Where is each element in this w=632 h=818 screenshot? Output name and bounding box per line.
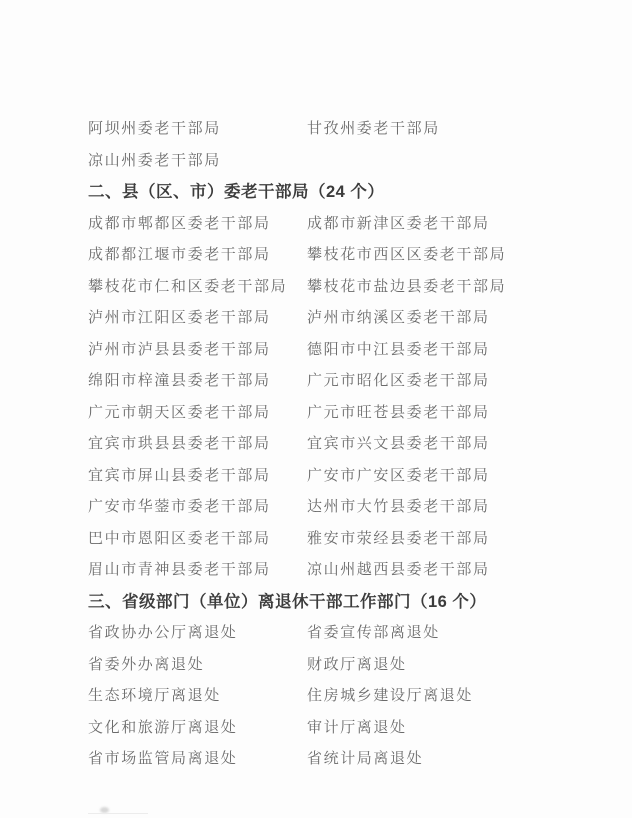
- entry-cell-right: 财政厅离退处: [307, 650, 592, 682]
- entry-cell-left: 成都市郫都区委老干部局: [88, 209, 307, 241]
- entry-cell-right: 广元市旺苍县委老干部局: [307, 398, 592, 430]
- entry-row: 宜宾市屏山县委老干部局广安市广安区委老干部局: [88, 461, 592, 493]
- entry-row: 阿坝州委老干部局甘孜州委老干部局: [88, 114, 592, 146]
- entry-cell-left: 泸州市江阳区委老干部局: [88, 303, 307, 335]
- entry-row: 成都都江堰市委老干部局攀枝花市西区区委老干部局: [88, 240, 592, 272]
- entry-cell-left: 省市场监管局离退处: [88, 744, 307, 776]
- entry-cell-right: [307, 146, 592, 178]
- entry-cell-right: 广元市昭化区委老干部局: [307, 366, 592, 398]
- entry-cell-right: 雅安市荥经县委老干部局: [307, 524, 592, 556]
- entry-cell-right: 住房城乡建设厅离退处: [307, 681, 592, 713]
- entry-cell-left: 阿坝州委老干部局: [88, 114, 307, 146]
- entry-row: 巴中市恩阳区委老干部局雅安市荥经县委老干部局: [88, 524, 592, 556]
- entry-cell-left: 宜宾市珙县县委老干部局: [88, 429, 307, 461]
- entry-cell-left: 成都都江堰市委老干部局: [88, 240, 307, 272]
- entry-cell-right: 凉山州越西县委老干部局: [307, 555, 592, 587]
- entry-cell-right: 达州市大竹县委老干部局: [307, 492, 592, 524]
- entry-cell-right: 甘孜州委老干部局: [307, 114, 592, 146]
- entry-row: 广元市朝天区委老干部局广元市旺苍县委老干部局: [88, 398, 592, 430]
- entry-cell-left: 巴中市恩阳区委老干部局: [88, 524, 307, 556]
- entry-cell-left: 宜宾市屏山县委老干部局: [88, 461, 307, 493]
- section-heading: 二、县（区、市）委老干部局（24 个）: [88, 177, 592, 209]
- entry-row: 绵阳市梓潼县委老干部局广元市昭化区委老干部局: [88, 366, 592, 398]
- entry-cell-left: 生态环境厅离退处: [88, 681, 307, 713]
- entry-cell-right: 泸州市纳溪区委老干部局: [307, 303, 592, 335]
- entry-cell-left: 文化和旅游厅离退处: [88, 713, 307, 745]
- entry-cell-left: 广安市华蓥市委老干部局: [88, 492, 307, 524]
- entry-cell-right: 省委宣传部离退处: [307, 618, 592, 650]
- entry-cell-left: 绵阳市梓潼县委老干部局: [88, 366, 307, 398]
- entry-cell-right: 广安市广安区委老干部局: [307, 461, 592, 493]
- entry-cell-right: 德阳市中江县委老干部局: [307, 335, 592, 367]
- entry-row: 省委外办离退处财政厅离退处: [88, 650, 592, 682]
- section-heading: 三、省级部门（单位）离退休干部工作部门（16 个）: [88, 587, 592, 619]
- entry-cell-right: 省统计局离退处: [307, 744, 592, 776]
- document-section: 阿坝州委老干部局甘孜州委老干部局凉山州委老干部局: [88, 114, 592, 177]
- entry-row: 攀枝花市仁和区委老干部局攀枝花市盐边县委老干部局: [88, 272, 592, 304]
- entry-cell-left: 泸州市泸县县委老干部局: [88, 335, 307, 367]
- entry-row: 成都市郫都区委老干部局成都市新津区委老干部局: [88, 209, 592, 241]
- entry-row: 省市场监管局离退处省统计局离退处: [88, 744, 592, 776]
- document-sections: 阿坝州委老干部局甘孜州委老干部局凉山州委老干部局二、县（区、市）委老干部局（24…: [88, 114, 592, 776]
- entry-row: 文化和旅游厅离退处审计厅离退处: [88, 713, 592, 745]
- entry-cell-right: 攀枝花市西区区委老干部局: [307, 240, 592, 272]
- entry-row: 广安市华蓥市委老干部局达州市大竹县委老干部局: [88, 492, 592, 524]
- entry-cell-left: 广元市朝天区委老干部局: [88, 398, 307, 430]
- entry-row: 泸州市泸县县委老干部局德阳市中江县委老干部局: [88, 335, 592, 367]
- entry-row: 凉山州委老干部局: [88, 146, 592, 178]
- entry-row: 生态环境厅离退处住房城乡建设厅离退处: [88, 681, 592, 713]
- entry-cell-right: 攀枝花市盐边县委老干部局: [307, 272, 592, 304]
- entry-row: 宜宾市珙县县委老干部局宜宾市兴文县委老干部局: [88, 429, 592, 461]
- document-content: 阿坝州委老干部局甘孜州委老干部局凉山州委老干部局二、县（区、市）委老干部局（24…: [0, 0, 632, 776]
- scan-artifact-line: [88, 813, 148, 814]
- entry-cell-left: 省政协办公厅离退处: [88, 618, 307, 650]
- entry-row: 省政协办公厅离退处省委宣传部离退处: [88, 618, 592, 650]
- entry-cell-left: 攀枝花市仁和区委老干部局: [88, 272, 307, 304]
- document-section: 三、省级部门（单位）离退休干部工作部门（16 个）省政协办公厅离退处省委宣传部离…: [88, 587, 592, 776]
- entry-row: 泸州市江阳区委老干部局泸州市纳溪区委老干部局: [88, 303, 592, 335]
- document-section: 二、县（区、市）委老干部局（24 个）成都市郫都区委老干部局成都市新津区委老干部…: [88, 177, 592, 587]
- entry-cell-right: 宜宾市兴文县委老干部局: [307, 429, 592, 461]
- document-page: 阿坝州委老干部局甘孜州委老干部局凉山州委老干部局二、县（区、市）委老干部局（24…: [0, 0, 632, 818]
- entry-cell-left: 眉山市青神县委老干部局: [88, 555, 307, 587]
- entry-cell-right: 审计厅离退处: [307, 713, 592, 745]
- entry-cell-right: 成都市新津区委老干部局: [307, 209, 592, 241]
- entry-cell-left: 凉山州委老干部局: [88, 146, 307, 178]
- entry-row: 眉山市青神县委老干部局凉山州越西县委老干部局: [88, 555, 592, 587]
- entry-cell-left: 省委外办离退处: [88, 650, 307, 682]
